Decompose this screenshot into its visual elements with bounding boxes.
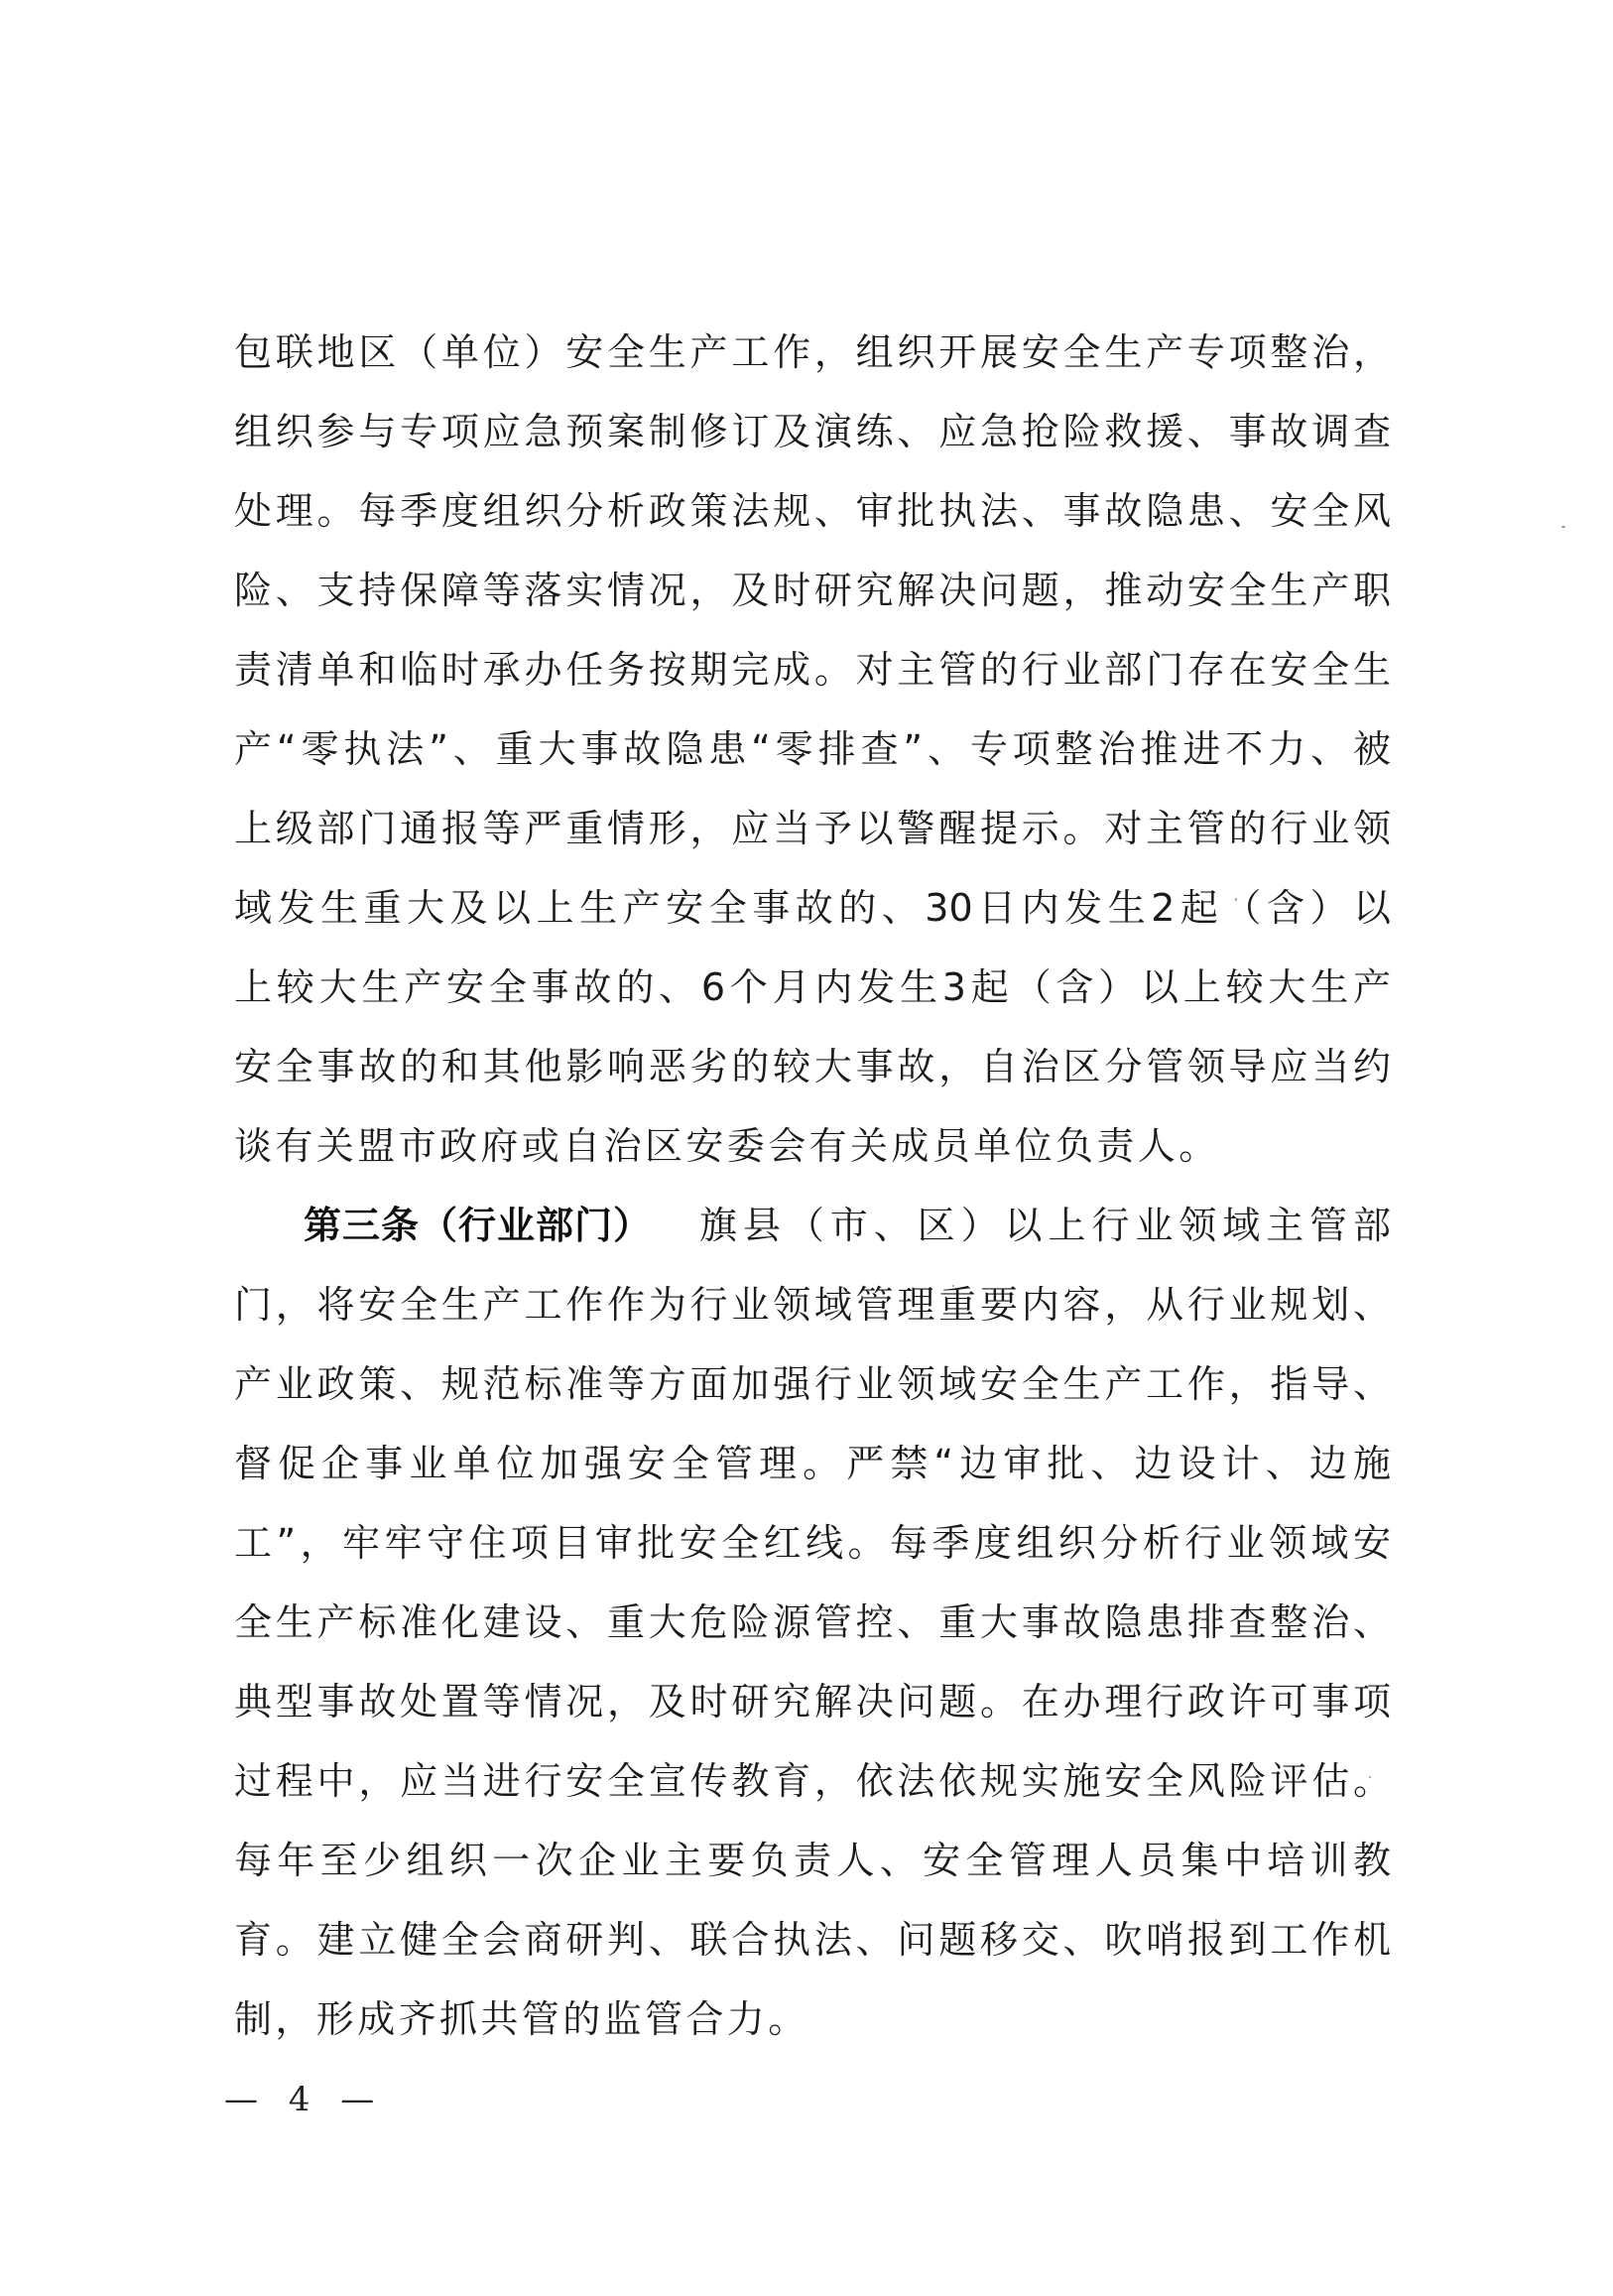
text-line: 典型事故处置等情况，及时研究解决问题。在办理行政许可事项 xyxy=(234,1662,1391,1741)
page-number: — 4 — xyxy=(224,2080,384,2119)
text-line: 责清单和临时承办任务按期完成。对主管的行业部门存在安全生 xyxy=(234,630,1391,709)
document-page: 包联地区（单位）安全生产工作，组织开展安全生产专项整治， 组织参与专项应急预案制… xyxy=(0,0,1613,2296)
text-line: 谈有关盟市政府或自治区安委会有关成员单位负责人。 xyxy=(234,1106,1391,1186)
text-line: 育。建立健全会商研判、联合执法、问题移交、吹哨报到工作机 xyxy=(234,1900,1391,1979)
text-line: 全生产标准化建设、重大危险源管控、重大事故隐患排查整治、 xyxy=(234,1583,1391,1662)
text-line: 督促企事业单位加强安全管理。严禁“边审批、边设计、边施 xyxy=(234,1424,1391,1503)
scan-speck xyxy=(952,1285,954,1287)
text-line: 安全事故的和其他影响恶劣的较大事故，自治区分管领导应当约 xyxy=(234,1027,1391,1106)
text-line: 过程中，应当进行安全宣传教育，依法依规实施安全风险评估。 xyxy=(234,1741,1391,1821)
scan-speck xyxy=(1235,898,1237,901)
text-line: 组织参与专项应急预案制修订及演练、应急抢险救援、事故调查 xyxy=(234,392,1391,471)
text-line: 制，形成齐抓共管的监管合力。 xyxy=(234,1979,1391,2059)
article-3-first-line: 第三条（行业部门） 旗县（市、区）以上行业领域主管部 xyxy=(234,1186,1391,1265)
scan-speck xyxy=(1369,1776,1371,1778)
text-line: 旗县（市、区）以上行业领域主管部 xyxy=(699,1186,1391,1265)
text-line: 门，将安全生产工作作为行业领域管理重要内容，从行业规划、 xyxy=(234,1265,1391,1344)
text-line: 包联地区（单位）安全生产工作，组织开展安全生产专项整治， xyxy=(234,313,1391,392)
text-line: 产“零执法”、重大事故隐患“零排查”、专项整治推进不力、被 xyxy=(234,709,1391,789)
text-line: 每年至少组织一次企业主要负责人、安全管理人员集中培训教 xyxy=(234,1821,1391,1900)
text-line: 处理。每季度组织分析政策法规、审批执法、事故隐患、安全风 xyxy=(234,471,1391,551)
document-body: 包联地区（单位）安全生产工作，组织开展安全生产专项整治， 组织参与专项应急预案制… xyxy=(234,313,1391,2059)
text-line: 产业政策、规范标准等方面加强行业领域安全生产工作，指导、 xyxy=(234,1344,1391,1424)
text-line: 工”，牢牢守住项目审批安全红线。每季度组织分析行业领域安 xyxy=(234,1503,1391,1583)
scan-speck xyxy=(1561,526,1565,528)
text-line: 险、支持保障等落实情况，及时研究解决问题，推动安全生产职 xyxy=(234,551,1391,630)
text-line: 域发生重大及以上生产安全事故的、30日内发生2起（含）以 xyxy=(234,868,1391,948)
text-line: 上级部门通报等严重情形，应当予以警醒提示。对主管的行业领 xyxy=(234,789,1391,868)
article-heading: 第三条（行业部门） xyxy=(304,1186,652,1265)
scan-speck xyxy=(1215,1919,1217,1922)
text-line: 上较大生产安全事故的、6个月内发生3起（含）以上较大生产 xyxy=(234,948,1391,1027)
